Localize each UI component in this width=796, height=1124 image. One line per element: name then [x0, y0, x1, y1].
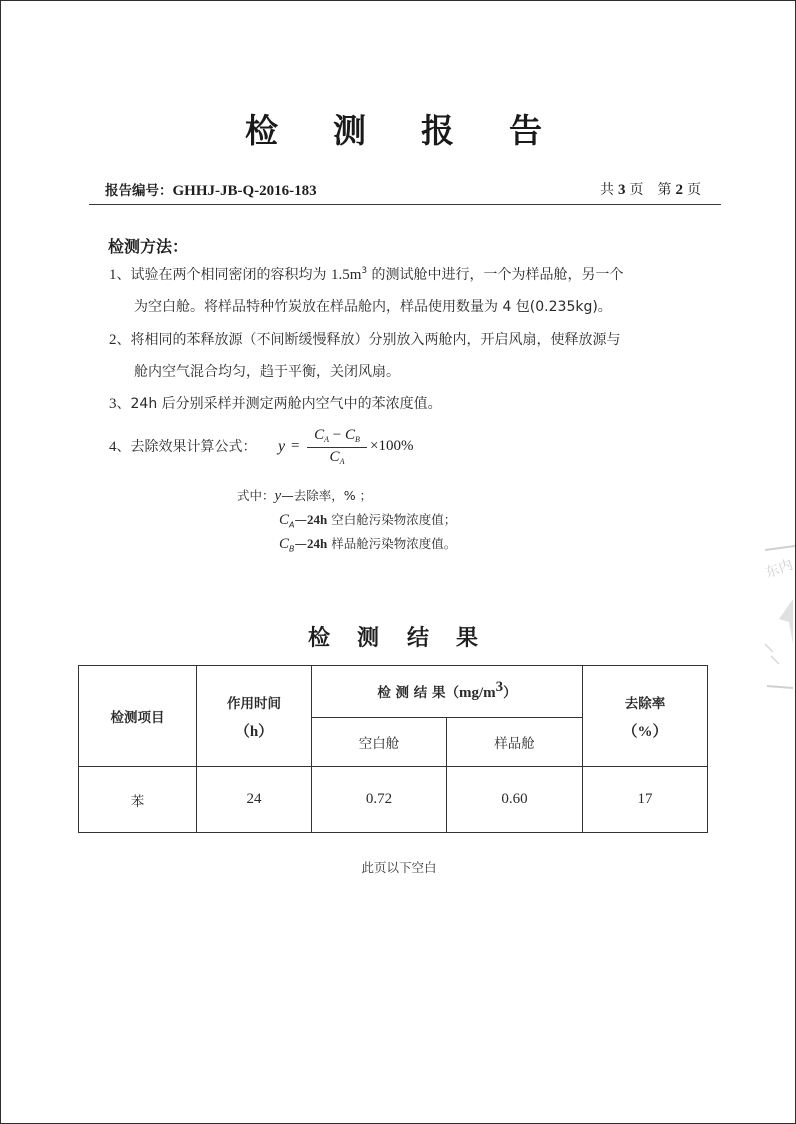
legend-y: 式中：y—去除率，% ；: [237, 486, 372, 505]
svg-text:东内: 东内: [763, 556, 795, 582]
method-item-4: 4、去除效果计算公式：: [109, 438, 257, 456]
header-removal-rate: 去除率 （%）: [583, 666, 708, 767]
header-duration: 作用时间 （h）: [197, 666, 312, 767]
header-result-group: 检 测 结 果（mg/m3）: [312, 666, 583, 718]
cell-blank: 0.72: [312, 767, 447, 833]
method-item-2-line-1: 2、将相同的苯释放源（不间断缓慢释放）分别放入两舱内，开启风扇，使释放源与: [109, 331, 621, 349]
header-sample-chamber: 样品舱: [447, 718, 583, 767]
method-item-1-line-1: 1、试验在两个相同密闭的容积均为 1.5m3 的测试舱中进行，一个为样品舱，另一…: [109, 266, 624, 284]
page-indicator: 共3页第2页: [600, 179, 701, 199]
report-number-value: GHHJ-JB-Q-2016-183: [173, 183, 317, 199]
method-item-1-line-2: 为空白舱。将样品特种竹炭放在样品舱内，样品使用数量为 4 包(0.235kg)。: [134, 298, 612, 316]
title-char: 告: [509, 105, 542, 152]
current-page: 2: [676, 182, 684, 198]
formula-denominator: CA: [307, 449, 367, 466]
cell-duration: 24: [197, 767, 312, 833]
header-blank-chamber: 空白舱: [312, 718, 447, 767]
method-heading: 检测方法：: [108, 234, 188, 257]
legend-ca: CA—24h 空白舱污染物浓度值；: [279, 510, 456, 530]
current-page-suffix: 页: [687, 182, 701, 198]
formula-numerator: CA − CB: [307, 427, 367, 446]
results-table: 检测项目 作用时间 （h） 检 测 结 果（mg/m3） 去除率 （%） 空白舱…: [78, 665, 708, 833]
current-page-prefix: 第: [658, 182, 672, 198]
method-item-2-line-2: 舱内空气混合均匀，趋于平衡，关闭风扇。: [134, 363, 400, 381]
header-divider: [89, 204, 721, 205]
report-page: 检 测 报 告 报告编号：GHHJ-JB-Q-2016-183 共3页第2页 检…: [0, 0, 796, 1124]
cell-item: 苯: [79, 767, 197, 833]
formula-fraction: CA − CB CA: [307, 427, 367, 466]
cell-removal: 17: [583, 767, 708, 833]
blank-below-note: 此页以下空白: [1, 858, 796, 876]
legend-cb: CB—24h 样品舱污染物浓度值。: [279, 534, 456, 554]
seal-stamp-icon: 东内: [759, 544, 796, 694]
results-title: 检 测 结 果: [1, 621, 796, 651]
method-item-3: 3、24h 后分别采样并测定两舱内空气中的苯浓度值。: [109, 395, 442, 413]
report-title: 检 测 报 告: [1, 105, 796, 149]
total-pages: 3: [618, 182, 626, 198]
header-item: 检测项目: [79, 666, 197, 767]
fraction-bar: [307, 447, 367, 448]
total-pages-prefix: 共: [600, 182, 614, 198]
title-char: 报: [421, 105, 454, 152]
report-number-label: 报告编号：: [105, 183, 173, 199]
cell-sample: 0.60: [447, 767, 583, 833]
title-char: 测: [333, 105, 366, 152]
total-pages-suffix: 页: [630, 182, 644, 198]
table-row: 苯 24 0.72 0.60 17: [79, 767, 708, 833]
report-number: 报告编号：GHHJ-JB-Q-2016-183: [105, 179, 317, 200]
title-char: 检: [245, 105, 278, 152]
